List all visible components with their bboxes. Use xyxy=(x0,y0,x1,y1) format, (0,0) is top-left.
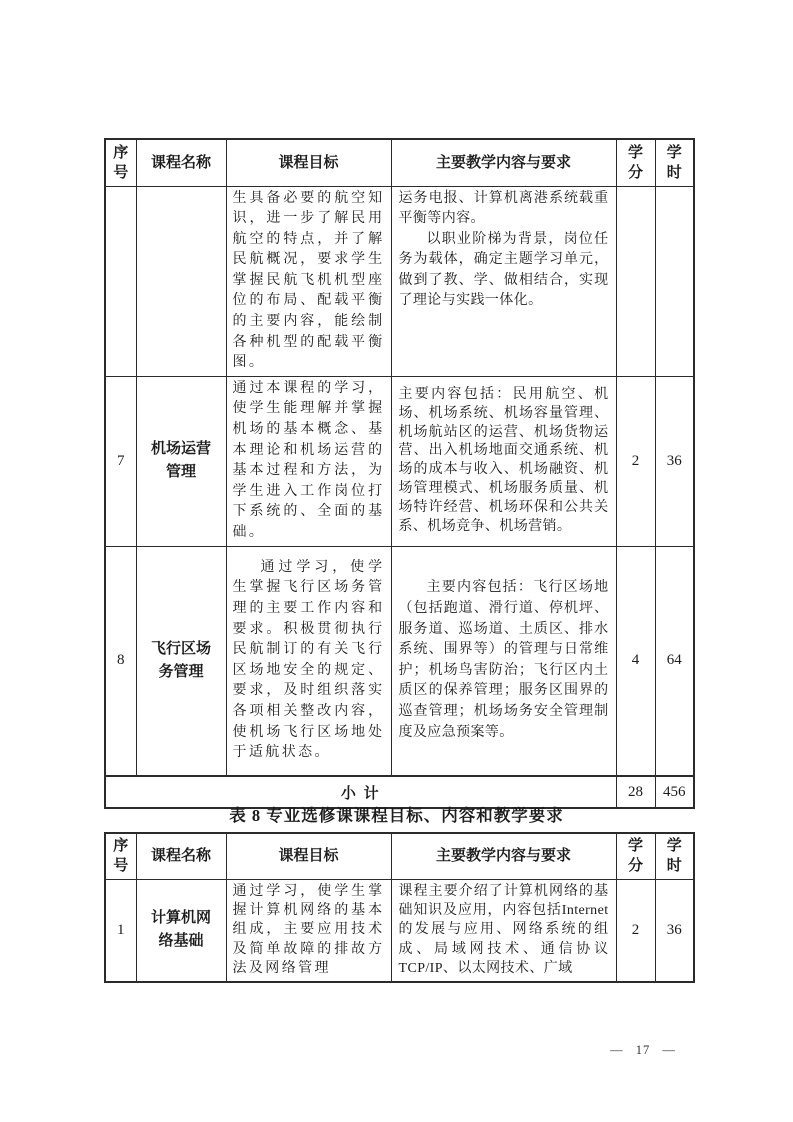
credits-cell: 2 xyxy=(616,376,655,546)
course-content-cell: 主要内容包括：民用航空、机场、机场系统、机场容量管理、机场航站区的运营、机场货物… xyxy=(391,376,616,546)
hours-cell xyxy=(655,186,694,376)
header-hours: 学时 xyxy=(655,833,694,879)
course-name-cell: 计算机网络基础 xyxy=(136,879,226,982)
header-credits-label: 学分 xyxy=(627,143,644,183)
credits-cell: 4 xyxy=(616,546,655,776)
document-page: 序号 课程名称 课程目标 主要教学内容与要求 学分 学时 生具备必要的航空知识，… xyxy=(0,0,793,1122)
course-objective-cell: 通过学习，使学生掌握飞行区场务管理的主要工作内容和要求。积极贯彻执行民航制订的有… xyxy=(226,546,391,776)
header-hours-label: 学时 xyxy=(666,836,683,876)
course-content-cell: 课程主要介绍了计算机网络的基础知识及应用，内容包括Internet 的发展与应用… xyxy=(391,879,616,982)
course-no-cell: 1 xyxy=(105,879,136,982)
header-course-name-label: 课程名称 xyxy=(151,155,211,171)
header-no: 序号 xyxy=(105,833,136,879)
content-paragraph: 以职业阶梯为背景，岗位任务为载体，确定主题学习单元，做到了教、学、做相结合，实现… xyxy=(399,230,609,312)
header-objective: 课程目标 xyxy=(226,833,391,879)
course-name-cell xyxy=(136,186,226,376)
course-name-cell: 飞行区场务管理 xyxy=(136,546,226,776)
page-number: — 17 — xyxy=(603,1043,683,1058)
table-row-7: 7 机场运营管理 通过本课程的学习，使学生能理解并掌握机场的基本概念、基本理论和… xyxy=(105,376,694,546)
header-content-label: 主要教学内容与要求 xyxy=(436,155,571,171)
table-elective-courses: 序号 课程名称 课程目标 主要教学内容与要求 学分 学时 1 计算机网络基础 通… xyxy=(104,832,695,983)
header-course-name-label: 课程名称 xyxy=(151,848,211,864)
header-objective-label: 课程目标 xyxy=(278,848,338,864)
header-content: 主要教学内容与要求 xyxy=(391,833,616,879)
course-no-cell: 7 xyxy=(105,376,136,546)
header-course-name: 课程名称 xyxy=(136,139,226,186)
header-objective: 课程目标 xyxy=(226,139,391,186)
table8-title: 表 8 专业选修课课程目标、内容和教学要求 xyxy=(0,804,793,828)
header-credits-label: 学分 xyxy=(627,836,644,876)
course-name-cell: 机场运营管理 xyxy=(136,376,226,546)
table-required-courses: 序号 课程名称 课程目标 主要教学内容与要求 学分 学时 生具备必要的航空知识，… xyxy=(104,138,695,809)
course-content-cell: 运务电报、计算机离港系统载重平衡等内容。 以职业阶梯为背景，岗位任务为载体，确定… xyxy=(391,186,616,376)
header-credits: 学分 xyxy=(616,139,655,186)
header-no: 序号 xyxy=(105,139,136,186)
header-content: 主要教学内容与要求 xyxy=(391,139,616,186)
header-credits: 学分 xyxy=(616,833,655,879)
course-no-cell xyxy=(105,186,136,376)
table1-header-row: 序号 课程名称 课程目标 主要教学内容与要求 学分 学时 xyxy=(105,139,694,186)
header-hours: 学时 xyxy=(655,139,694,186)
course-content-cell: 主要内容包括：飞行区场地（包括跑道、滑行道、停机坪、服务道、巡场道、土质区、排水… xyxy=(391,546,616,776)
header-course-name: 课程名称 xyxy=(136,833,226,879)
header-no-label: 序号 xyxy=(112,143,129,183)
course-objective-cell: 通过本课程的学习，使学生能理解并掌握机场的基本概念、基本理论和机场运营的基本过程… xyxy=(226,376,391,546)
course-objective-cell: 生具备必要的航空知识，进一步了解民用航空的特点，并了解民航概况，要求学生掌握民航… xyxy=(226,186,391,376)
header-hours-label: 学时 xyxy=(666,143,683,183)
header-no-label: 序号 xyxy=(112,836,129,876)
table-row-8: 8 飞行区场务管理 通过学习，使学生掌握飞行区场务管理的主要工作内容和要求。积极… xyxy=(105,546,694,776)
hours-cell: 64 xyxy=(655,546,694,776)
table-row-6-continued: 生具备必要的航空知识，进一步了解民用航空的特点，并了解民航概况，要求学生掌握民航… xyxy=(105,186,694,376)
content-paragraph: 运务电报、计算机离港系统载重平衡等内容。 xyxy=(399,189,609,230)
header-content-label: 主要教学内容与要求 xyxy=(436,848,571,864)
course-no-cell: 8 xyxy=(105,546,136,776)
table2-header-row: 序号 课程名称 课程目标 主要教学内容与要求 学分 学时 xyxy=(105,833,694,879)
course-objective-cell: 通过学习，使学生掌握计算机网络的基本组成，主要应用技术及简单故障的排故方法及网络… xyxy=(226,879,391,982)
hours-cell: 36 xyxy=(655,376,694,546)
table-row-1: 1 计算机网络基础 通过学习，使学生掌握计算机网络的基本组成，主要应用技术及简单… xyxy=(105,879,694,982)
credits-cell xyxy=(616,186,655,376)
header-objective-label: 课程目标 xyxy=(278,155,338,171)
hours-cell: 36 xyxy=(655,879,694,982)
credits-cell: 2 xyxy=(616,879,655,982)
